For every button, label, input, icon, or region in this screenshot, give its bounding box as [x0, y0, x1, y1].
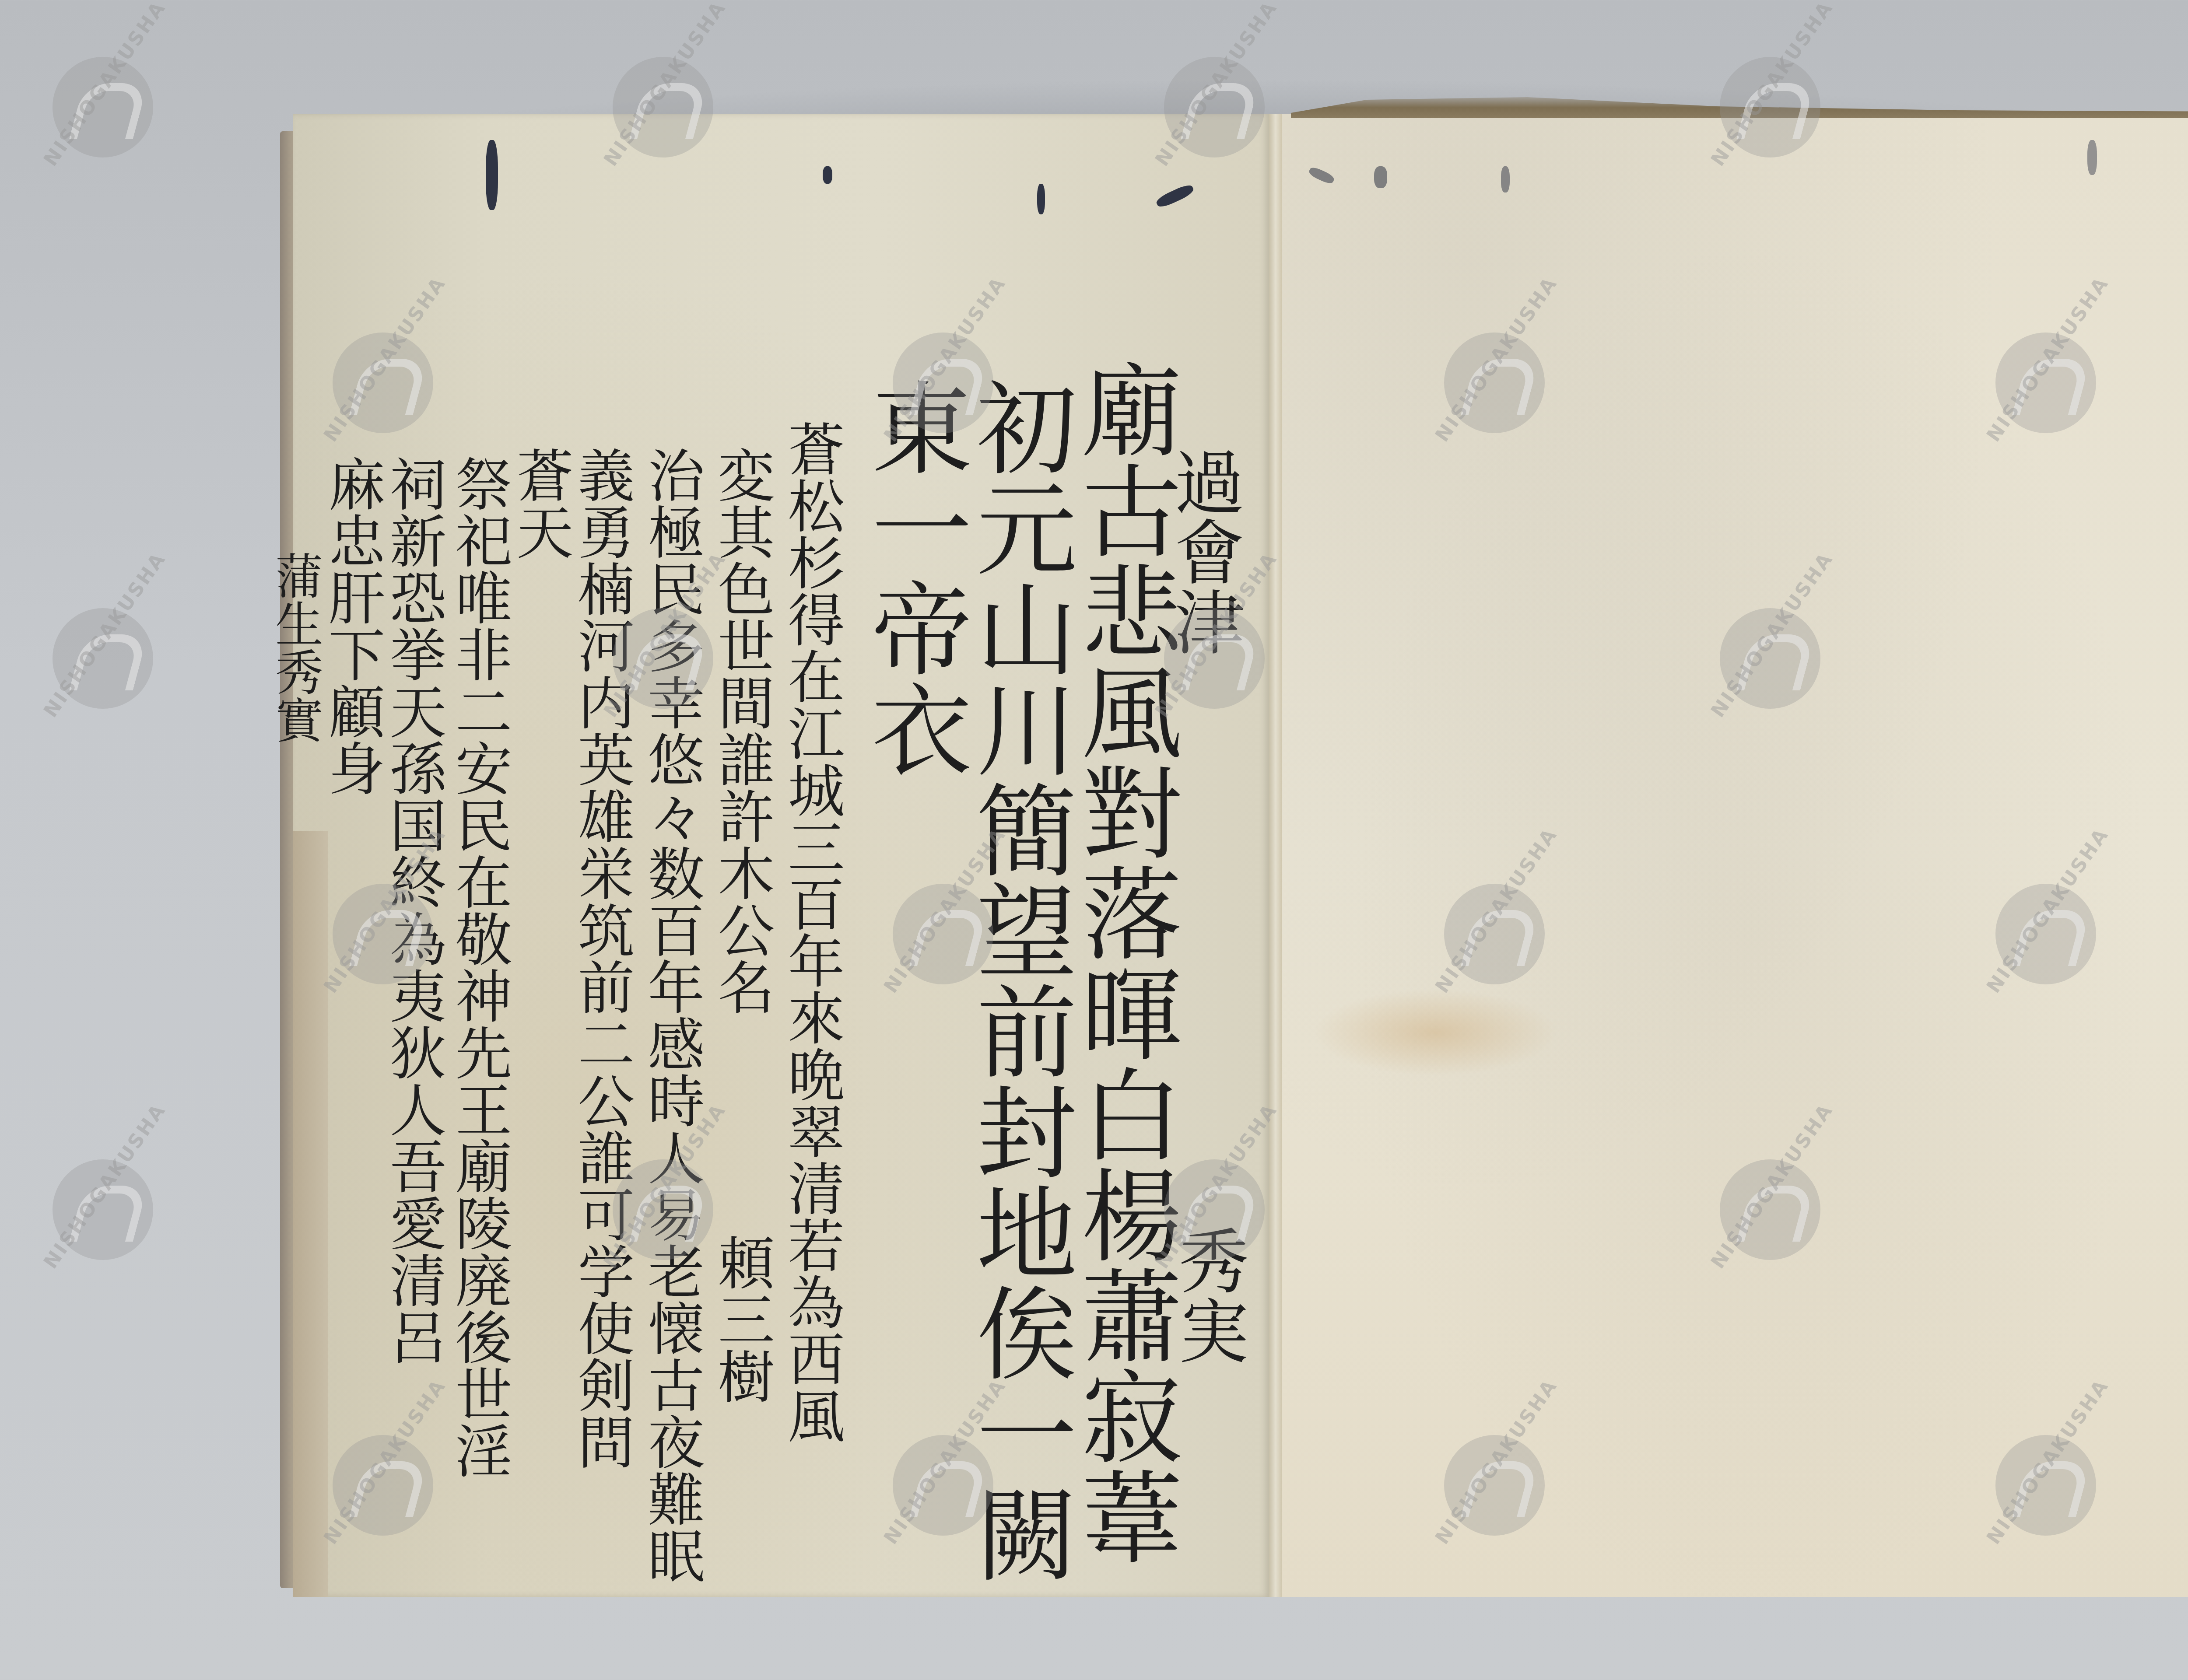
binding-ink-mark [2087, 140, 2097, 175]
poem-column-6: 治極民多幸悠々数百年感時人易老懐古夜難眠 [643, 446, 700, 1627]
poem-column-10: 祠新恐挙天孫国終為夷狄人吾愛清呂 [385, 455, 442, 1636]
watermark-text: NISHOGAKUSHA [39, 1099, 170, 1273]
watermark-text: NISHOGAKUSHA [39, 548, 170, 721]
poem-column-5: 変其色世間誰許木公名 [713, 446, 770, 1015]
watermark-text: NISHOGAKUSHA [39, 0, 170, 170]
left-page: 過會津 廟古悲風對落暉白楊蕭寂葦 秀実 初元山川簡望前封地俟一闕 東一帝衣 蒼松… [293, 114, 1269, 1597]
author-signature-gamo-kunpei: 蒲生秀實 [271, 551, 319, 744]
binding-ink-mark [1037, 184, 1045, 214]
poem-column-2: 初元山川簡望前封地俟一闕 [967, 376, 1068, 1601]
left-page-underlay [293, 831, 328, 1597]
binding-ink-mark [1374, 166, 1387, 188]
binding-ink-mark [823, 166, 832, 184]
poem-column-1: 廟古悲風對落暉白楊蕭寂葦 [1072, 359, 1173, 1584]
nishogakusha-logo-icon [53, 608, 153, 709]
poem-column-11: 麻忠肝下顧身 [324, 455, 381, 796]
binding-ink-mark [1308, 165, 1336, 185]
open-book: 過會津 廟古悲風對落暉白楊蕭寂葦 秀実 初元山川簡望前封地俟一闕 東一帝衣 蒼松… [293, 114, 2188, 1597]
binding-ink-mark [1155, 182, 1196, 210]
nishogakusha-logo-icon [53, 1159, 153, 1260]
poem-column-4: 蒼松杉得在江城三百年來晩翠清若為西風 [783, 420, 840, 1601]
right-page-blank [1282, 114, 2188, 1597]
poem-column-3: 東一帝衣 [862, 376, 963, 779]
binding-ink-mark [1501, 166, 1510, 192]
poem-column-8: 蒼天 [512, 446, 569, 560]
binding-ink-mark [486, 140, 498, 210]
author-signature-rai-mikisaburo: 頼三樹 [713, 1234, 770, 1404]
nishogakusha-logo-icon [53, 57, 153, 157]
author-signature-hidezane: 秀実 [1173, 1225, 1243, 1365]
book-gutter [1269, 114, 1282, 1597]
poem-column-7: 義勇楠河内英雄栄筑前二公誰可学使剣問 [573, 446, 630, 1627]
poem-column-9: 祭祀唯非二安民在敬神先王廟陵廃後世淫 [451, 455, 508, 1636]
